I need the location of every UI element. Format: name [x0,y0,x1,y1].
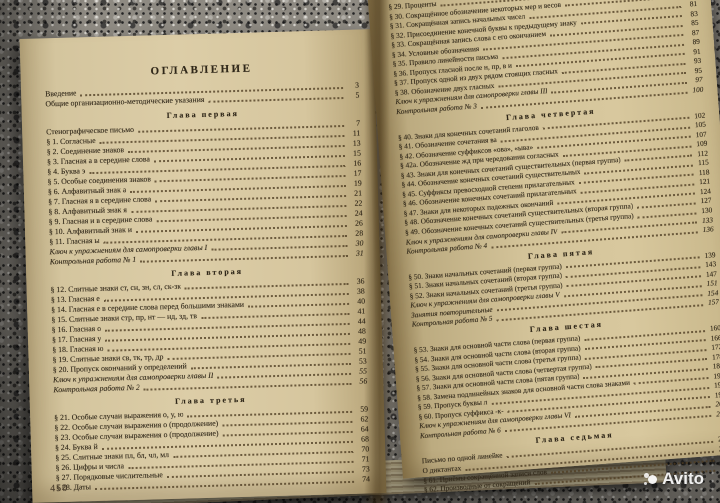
toc-entry-page: 31 [351,249,364,259]
toc-entry-list: § 40. Знаки для конечных сочетаний глаго… [398,110,714,256]
toc-entry-page: 157 [706,297,720,307]
toc-entry-page: 55 [354,366,367,376]
toc-entry-page: 190 [711,371,720,381]
toc-entry-page: 22 [349,199,362,209]
toc-entry-page: 74 [357,474,370,484]
watermark-text: Avito [662,469,704,489]
toc-entry-page: 68 [356,434,369,444]
toc-entry-page: 53 [354,356,367,366]
toc-entry-page: 41 [352,306,365,316]
granite-table-background: ОГЛАВЛЕНИЕ Введение 3 [0,0,720,503]
toc-entry-page: 196 [712,380,720,390]
toc-section: Глава четвертая § 40. Знаки для конечных… [397,98,714,256]
avito-watermark: Avito [648,469,704,489]
toc-entry-page: 24 [349,209,362,219]
toc-entry-page: 38 [352,286,365,296]
toc-entry-page: 59 [355,404,368,414]
toc-entry-page: 17 [348,169,361,179]
toc-entry-page: 5 [346,91,359,101]
toc-entry-page: 51 [353,346,366,356]
toc-entry-list: § 53. Знаки для основной части слова (пе… [413,323,720,441]
toc-entry-page: 3 [346,81,359,91]
toc-entry-page: 73 [357,464,370,474]
toc-entry-page: 40 [352,296,365,306]
toc-entry-list: Введение 3 Общие организационно-методиче… [45,81,359,110]
toc-entry-page: 19 [349,179,362,189]
toc-entry-page: 13 [348,139,361,149]
toc-entry-page: 100 [690,85,704,95]
toc-entry-page: 44 [352,316,365,326]
toc-entry-page: 70 [356,444,369,454]
toc-entry-page: 7 [347,119,360,129]
toc-entry-page: 30 [350,239,363,249]
toc-entry-label: Контрольная работа № 1 [50,255,137,267]
toc-entry-page: 136 [700,224,714,234]
toc-entry-page: 203 [713,399,720,409]
toc-entry-page: 214 [716,444,720,454]
toc-entry-page: 11 [347,129,360,139]
leader-dots [208,97,343,103]
toc-entry-page: 64 [355,424,368,434]
toc-entry-label: Контрольная работа № 2 [53,383,140,395]
toc-entry-page: 71 [356,454,369,464]
leader-dots [144,383,352,391]
toc-entry-list: § 21. Особые случаи выражения о, у, ю 59… [54,404,370,493]
toc-entry-page: 16 [348,159,361,169]
toc-entry-list: § 29. Проценты 77 § 30. Сокращённое обоз… [388,0,704,117]
toc-entry-page: 207 [714,409,720,419]
toc-right-sections: § 29. Проценты 77 § 30. Сокращённое обоз… [388,0,720,495]
toc-section: Глава первая Стенографическое письмо 7 §… [46,106,364,268]
toc-entry-page: 36 [351,276,364,286]
toc-entry-page: 210 [716,434,720,444]
leader-dots [140,255,348,263]
book-right-page: § 29. Проценты 77 § 30. Сокращённое обоз… [366,0,720,479]
toc-entry-page: 49 [353,336,366,346]
toc-entry-page: 15 [348,149,361,159]
toc-entry-page: 48 [353,326,366,336]
toc-entry-page: 56 [354,376,367,386]
toc-entry-page: 28 [350,229,363,239]
toc-entry-list: Стенографическое письмо 7 § 1. Согласные… [46,119,364,268]
toc-entry-page: 62 [355,414,368,424]
toc-left-sections: Введение 3 Общие организационно-методиче… [45,81,370,494]
toc-section: Глава третья § 21. Особые случаи выражен… [54,391,370,493]
toc-section: § 29. Проценты 77 § 30. Сокращённое обоз… [388,0,704,117]
avito-logo-icon [648,475,657,484]
toc-section: Глава вторая § 12. Слитные знаки ст, сн,… [50,264,367,396]
toc-entry-list: § 12. Слитные знаки ст, сн, зн, сл, ск-з… [50,276,367,395]
toc-entry-page: 199 [712,390,720,400]
book-left-page: ОГЛАВЛЕНИЕ Введение 3 [20,29,387,503]
leader-dots [95,481,354,490]
toc-section: Глава шестая § 53. Знаки для основной ча… [412,311,720,441]
toc-title: ОГЛАВЛЕНИЕ [44,60,358,81]
toc-entry-page: 21 [349,189,362,199]
toc-section: Введение 3 Общие организационно-методиче… [45,81,359,110]
toc-entry-page: 26 [350,219,363,229]
folio-number: 450 [50,483,68,494]
